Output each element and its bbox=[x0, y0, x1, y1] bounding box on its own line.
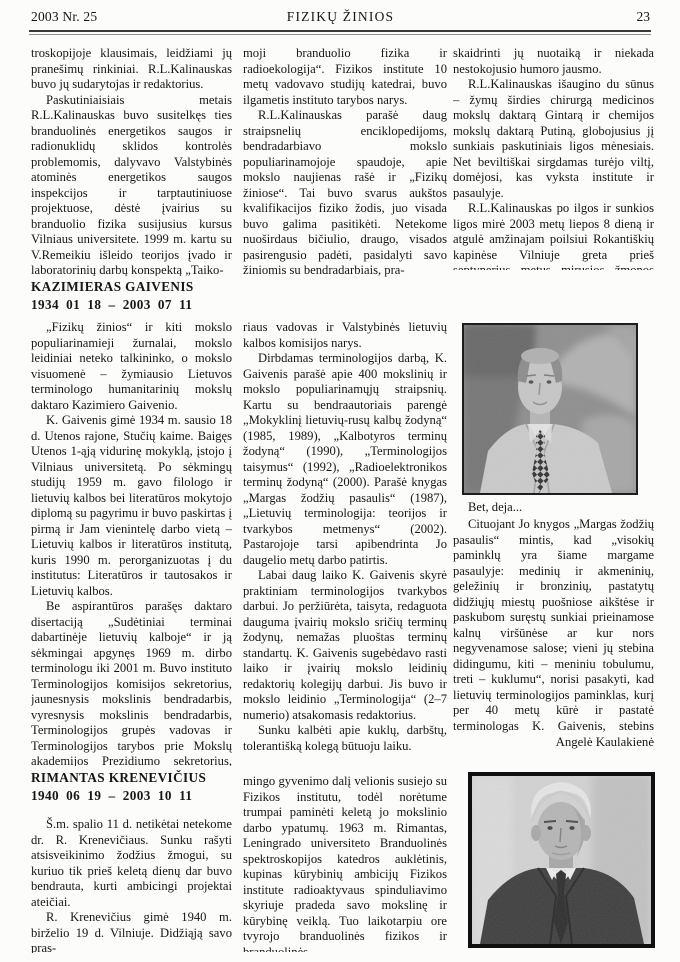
col1-kalinauskas-text: troskopijoje klausimais, leidžiami jų pr… bbox=[31, 46, 232, 276]
paragraph: Sunku kalbėti apie kuklų, darbštų, toler… bbox=[243, 723, 447, 754]
portrait-photo-krenevicius-image bbox=[472, 776, 651, 944]
issue-label: 2003 Nr. 25 bbox=[31, 9, 201, 25]
paragraph: R. Krenevičius gimė 1940 m. birželio 19 … bbox=[31, 910, 232, 953]
header-rule bbox=[29, 30, 651, 35]
portrait-photo-krenevicius bbox=[468, 772, 655, 948]
col2-kalinauskas-text: moji branduolio fizika ir radioekologija… bbox=[243, 46, 447, 298]
paragraph: Be aspirantūros parašęs daktaro disertac… bbox=[31, 599, 232, 766]
col3-kalinauskas-text: skaidrinti jų nuotaiką ir niekada nestok… bbox=[453, 46, 654, 270]
obituary-dates: 1940 06 19 – 2003 10 11 bbox=[31, 787, 206, 805]
paragraph: Š.m. spalio 11 d. netikėtai netekome dr.… bbox=[31, 817, 232, 910]
paragraph: K. Gaivenis gimė 1934 m. sausio 18 d. Ut… bbox=[31, 413, 232, 599]
paragraph: moji branduolio fizika ir radioekologija… bbox=[243, 46, 447, 108]
page-header: 2003 Nr. 25 FIZIKŲ ŽINIOS 23 bbox=[31, 9, 650, 25]
paragraph: R.L.Kalinauskas po ilgos ir sunkios ligo… bbox=[453, 201, 654, 270]
paragraph: R.L.Kalinauskas parašė daug straipsnelių… bbox=[243, 108, 447, 279]
col2-krenevicius-text: mingo gyvenimo dalį velionis susiejo su … bbox=[243, 774, 447, 952]
obituary-heading-gaivenis: KAZIMIERAS GAIVENIS 1934 01 18 – 2003 07… bbox=[31, 278, 194, 313]
author-signature: Angelė Kaulakienė bbox=[453, 735, 660, 751]
paragraph: riaus vadovas ir Valstybinės lietuvių ka… bbox=[243, 320, 447, 351]
journal-title: FIZIKŲ ŽINIOS bbox=[201, 9, 480, 25]
portrait-photo-gaivenis-image bbox=[464, 325, 636, 493]
paragraph: skaidrinti jų nuotaiką ir niekada nestok… bbox=[453, 46, 654, 77]
col2-gaivenis-text: riaus vadovas ir Valstybinės lietuvių ka… bbox=[243, 320, 447, 762]
portrait-photo-gaivenis bbox=[462, 323, 638, 495]
obituary-dates: 1934 01 18 – 2003 07 11 bbox=[31, 296, 194, 314]
paragraph: Cituojant Jo knygos „Margas žodžių pasau… bbox=[453, 517, 654, 736]
obituary-heading-krenevicius: RIMANTAS KRENEVIČIUS 1940 06 19 – 2003 1… bbox=[31, 769, 206, 804]
photo-caption: Bet, deja... bbox=[453, 500, 669, 516]
col3-gaivenis-text: Cituojant Jo knygos „Margas žodžių pasau… bbox=[453, 517, 654, 736]
paragraph: Dirbdamas terminologijos darbą, K. Gaive… bbox=[243, 351, 447, 568]
paragraph: Paskutiniaisiais metais R.L.Kalinauskas … bbox=[31, 93, 232, 277]
paragraph: troskopijoje klausimais, leidžiami jų pr… bbox=[31, 46, 232, 93]
col1-gaivenis-text: „Fizikų žinios“ ir kiti mokslo populiari… bbox=[31, 320, 232, 766]
obituary-name: RIMANTAS KRENEVIČIUS bbox=[31, 769, 206, 787]
obituary-name: KAZIMIERAS GAIVENIS bbox=[31, 278, 194, 296]
paragraph: R.L.Kalinauskas išaugino du sūnus – žymų… bbox=[453, 77, 654, 201]
col1-krenevicius-text: Š.m. spalio 11 d. netikėtai netekome dr.… bbox=[31, 817, 232, 953]
paragraph: „Fizikų žinios“ ir kiti mokslo populiari… bbox=[31, 320, 232, 413]
paragraph: mingo gyvenimo dalį velionis susiejo su … bbox=[243, 774, 447, 952]
page-number: 23 bbox=[480, 9, 650, 25]
journal-page: 2003 Nr. 25 FIZIKŲ ŽINIOS 23 troskopijoj… bbox=[0, 0, 680, 962]
paragraph: Labai daug laiko K. Gaivenis skyrė prakt… bbox=[243, 568, 447, 723]
